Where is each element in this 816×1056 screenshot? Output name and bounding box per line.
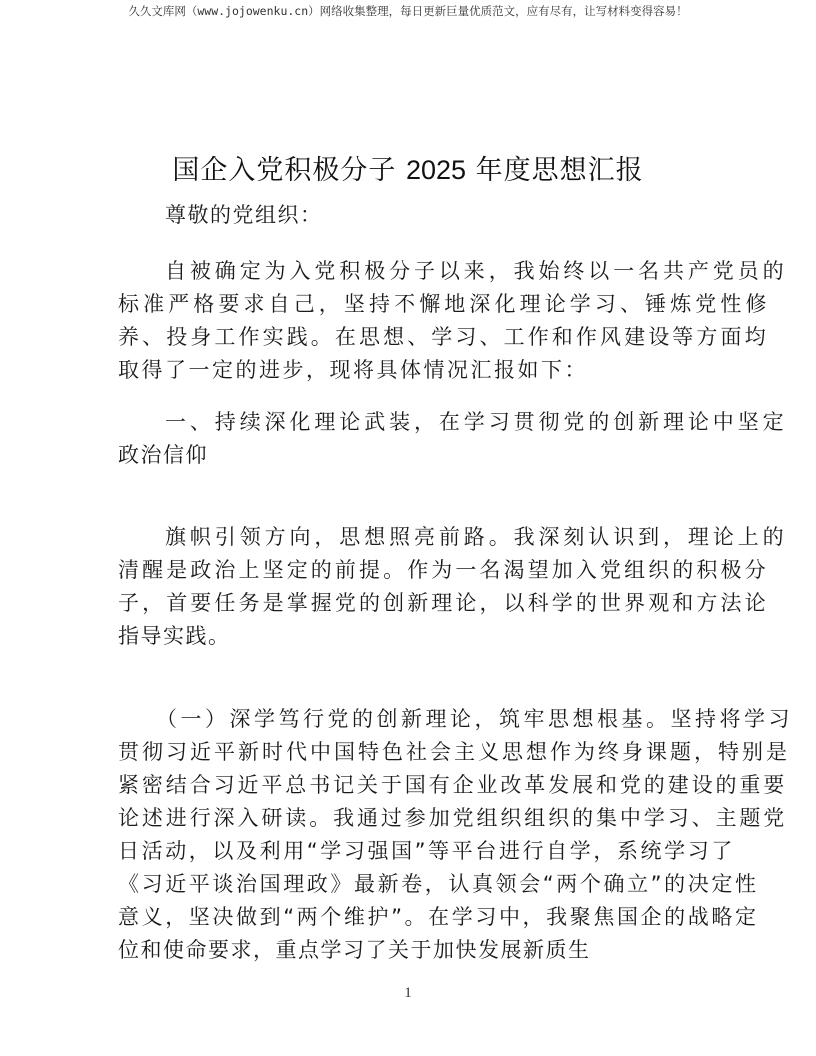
paragraph-line: 标准严格要求自己，坚持不懈地深化理论学习、锤炼党性修: [118, 288, 700, 321]
paragraph-intro: 自被确定为入党积极分子以来，我始终以一名共产党员的 标准严格要求自己，坚持不懈地…: [118, 255, 700, 387]
title-year: 2025: [406, 155, 466, 185]
paragraph-line: 旗帜引领方向，思想照亮前路。我深刻认识到，理论上的: [118, 521, 700, 554]
paragraph-line: 意义，坚决做到“两个维护”。在学习中，我聚焦国企的战略定: [118, 901, 700, 934]
paragraph-line: 日活动，以及利用“学习强国”等平台进行自学，系统学习了: [118, 835, 700, 868]
paragraph-line: 自被确定为入党积极分子以来，我始终以一名共产党员的: [118, 255, 700, 288]
paragraph-line: （一）深学笃行党的创新理论，筑牢思想根基。坚持将学习: [118, 703, 700, 736]
title-prefix: 国企入党积极分子: [172, 155, 406, 186]
section-heading-1: 一、持续深化理论武装，在学习贯彻党的创新理论中坚定 政治信仰: [118, 406, 700, 472]
paragraph-line: 紧密结合习近平总书记关于国有企业改革发展和党的建设的重要: [118, 769, 700, 802]
heading-line: 一、持续深化理论武装，在学习贯彻党的创新理论中坚定: [118, 406, 700, 439]
paragraph-subsection-1: （一）深学笃行党的创新理论，筑牢思想根基。坚持将学习 贯彻习近平新时代中国特色社…: [118, 703, 700, 967]
title-suffix: 年度思想汇报: [466, 155, 644, 186]
paragraph-line: 论述进行深入研读。我通过参加党组织组织的集中学习、主题党: [118, 802, 700, 835]
paragraph-line: 养、投身工作实践。在思想、学习、工作和作风建设等方面均: [118, 321, 700, 354]
heading-line: 政治信仰: [118, 439, 700, 472]
paragraph-line: 子，首要任务是掌握党的创新理论，以科学的世界观和方法论: [118, 587, 700, 620]
document-title: 国企入党积极分子 2025 年度思想汇报: [0, 148, 816, 187]
paragraph-line: 取得了一定的进步，现将具体情况汇报如下：: [118, 354, 700, 387]
paragraph-line: 指导实践。: [118, 620, 700, 653]
page-number: 1: [0, 985, 816, 1002]
paragraph-line: 位和使命要求，重点学习了关于加快发展新质生: [118, 934, 700, 967]
paragraph-line: 贯彻习近平新时代中国特色社会主义思想作为终身课题，特别是: [118, 736, 700, 769]
watermark-header: 久久文库网（www.jojowenku.cn）网络收集整理，每日更新巨量优质范文…: [0, 3, 816, 19]
paragraph-line: 清醒是政治上坚定的前提。作为一名渴望加入党组织的积极分: [118, 554, 700, 587]
paragraph-line: 《习近平谈治国理政》最新卷，认真领会“两个确立”的决定性: [118, 868, 700, 901]
salutation: 尊敬的党组织：: [165, 199, 323, 232]
paragraph-theory: 旗帜引领方向，思想照亮前路。我深刻认识到，理论上的 清醒是政治上坚定的前提。作为…: [118, 521, 700, 653]
